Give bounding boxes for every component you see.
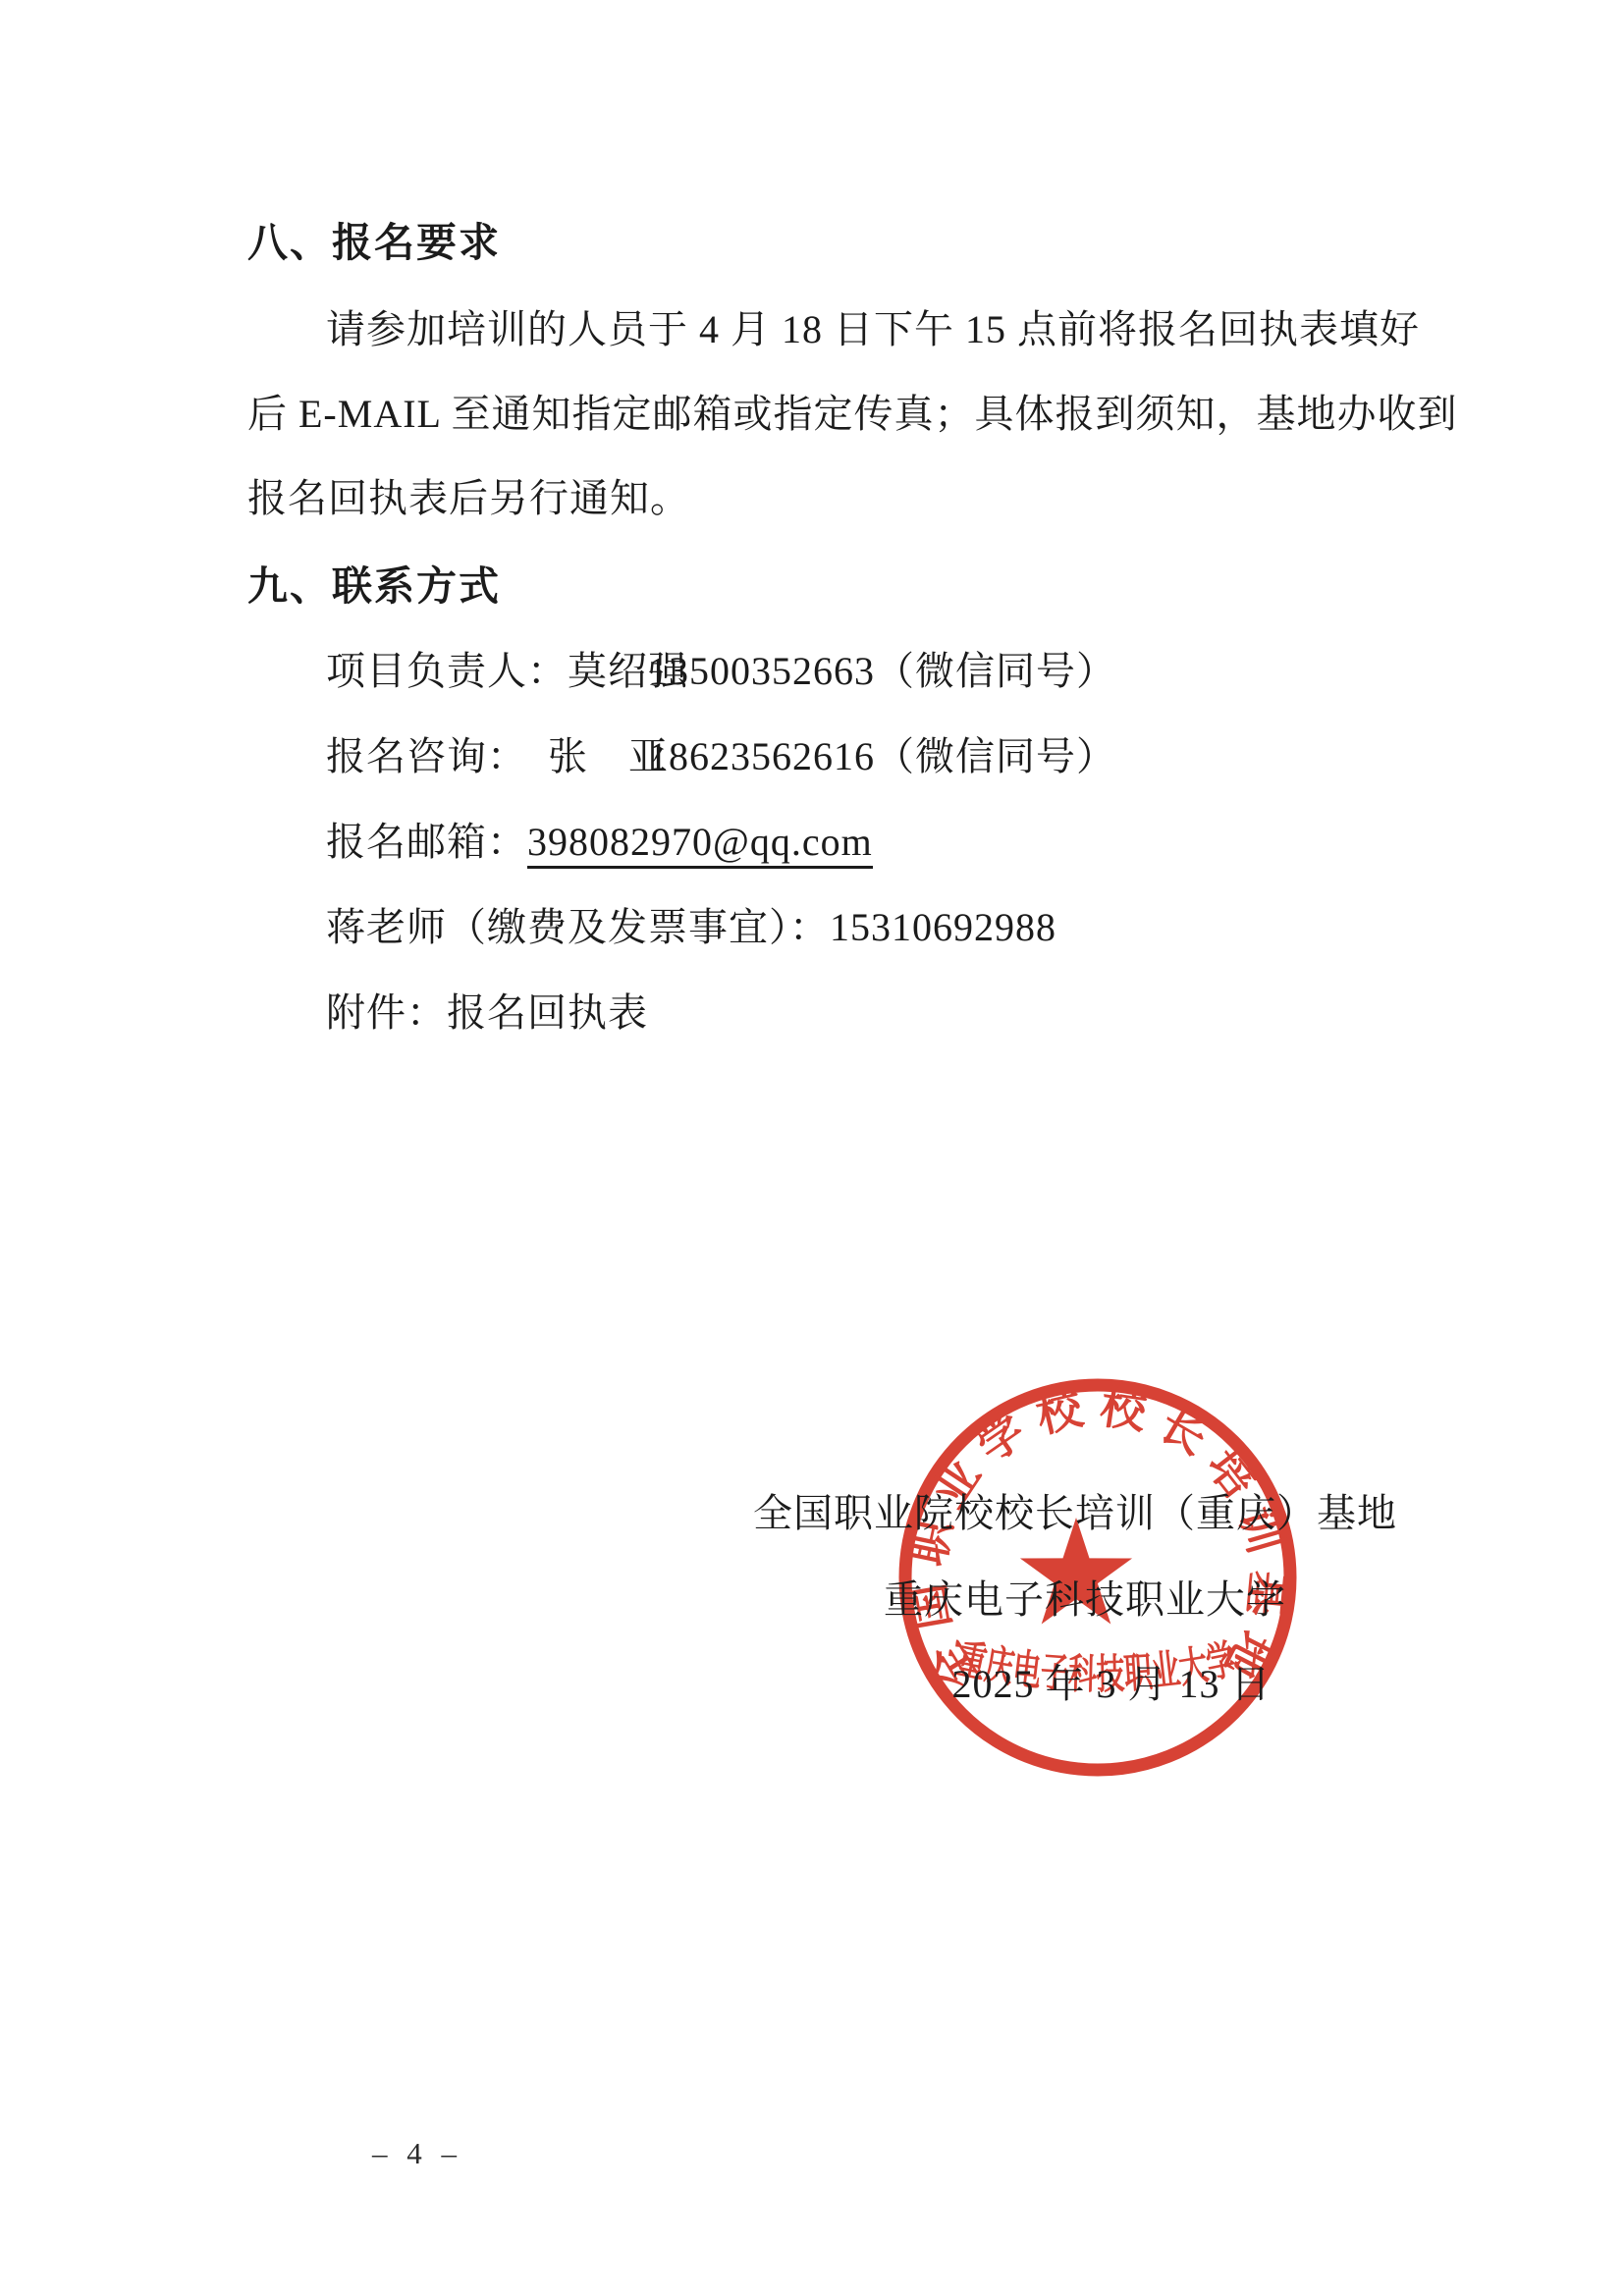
paragraph-line-1: 请参加培训的人员于 4 月 18 日下午 15 点前将报名回执表填好	[326, 298, 1420, 354]
contact-consult-label: 报名咨询： 张 亚	[326, 725, 648, 781]
contact-line-fee: 蒋老师（缴费及发票事宜）：15310692988	[326, 896, 1056, 952]
paragraph-line-2: 后 E-MAIL 至通知指定邮箱或指定传真；具体报到须知，基地办收到	[247, 383, 1457, 439]
contact-email-label: 报名邮箱：	[326, 820, 527, 864]
contact-line-email: 报名邮箱：398082970@qq.com	[326, 811, 873, 867]
signature-date: 2025 年 3 月 13 日	[952, 1653, 1272, 1709]
contact-leader-phone: 13500352663（微信同号）	[648, 649, 1116, 693]
signature-org-line-2: 重庆电子科技职业大学	[884, 1569, 1286, 1625]
section-8-heading: 八、报名要求	[247, 210, 501, 268]
document-page: 八、报名要求 请参加培训的人员于 4 月 18 日下午 15 点前将报名回执表填…	[0, 0, 1624, 2296]
contact-leader-label: 项目负责人：莫绍强	[326, 640, 648, 696]
contact-line-leader: 项目负责人：莫绍强13500352663（微信同号）	[326, 640, 1116, 696]
paragraph-line-3: 报名回执表后另行通知。	[247, 467, 690, 523]
contact-line-consult: 报名咨询： 张 亚18623562616（微信同号）	[326, 725, 1116, 781]
section-9-heading: 九、联系方式	[247, 554, 501, 612]
email-link[interactable]: 398082970@qq.com	[527, 820, 873, 869]
attachment-line: 附件：报名回执表	[326, 982, 648, 1038]
page-number: – 4 –	[372, 2136, 462, 2171]
signature-org-line-1: 全国职业院校校长培训（重庆）基地	[753, 1482, 1397, 1538]
contact-consult-phone: 18623562616（微信同号）	[648, 734, 1116, 778]
